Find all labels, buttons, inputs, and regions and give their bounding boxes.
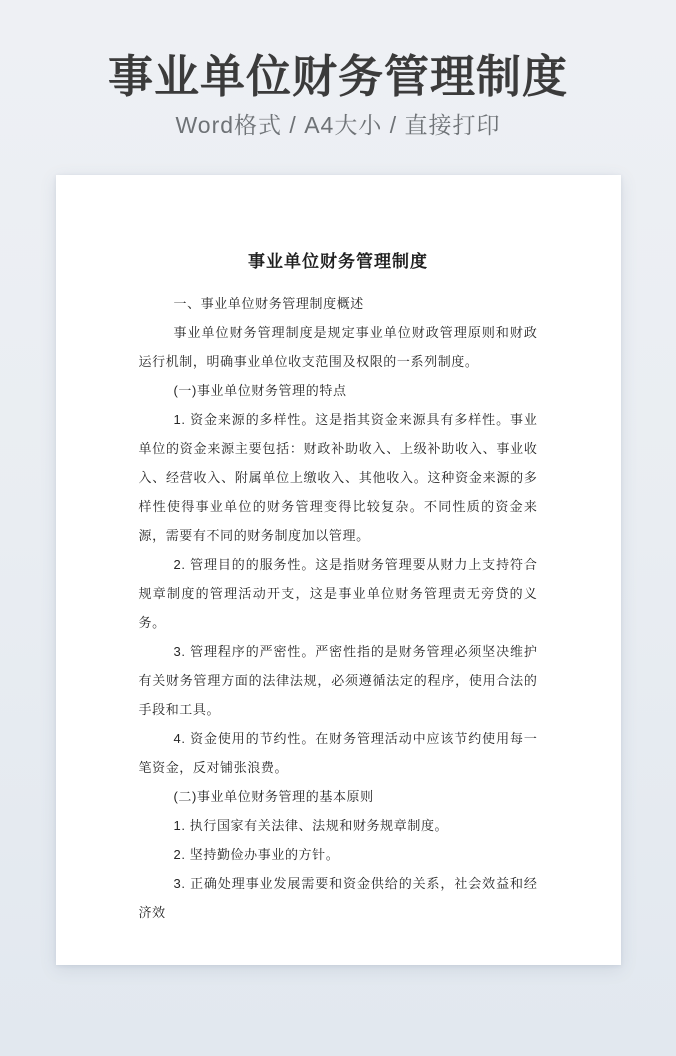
document-paragraph: (二)事业单位财务管理的基本原则 — [139, 782, 538, 811]
document-paragraph: 4. 资金使用的节约性。在财务管理活动中应该节约使用每一笔资金，反对铺张浪费。 — [139, 724, 538, 782]
document-paragraph: 2. 管理目的的服务性。这是指财务管理要从财力上支持符合规章制度的管理活动开支，… — [139, 550, 538, 637]
header-subtitle: Word格式 / A4大小 / 直接打印 — [0, 112, 676, 138]
document-paragraph: 2. 坚持勤俭办事业的方针。 — [139, 840, 538, 869]
template-header: 事业单位财务管理制度 Word格式 / A4大小 / 直接打印 — [0, 0, 676, 138]
document-title: 事业单位财务管理制度 — [139, 247, 538, 276]
document-paragraph: 3. 管理程序的严密性。严密性指的是财务管理必须坚决维护有关财务管理方面的法律法… — [139, 637, 538, 724]
document-paragraph: 1. 执行国家有关法律、法规和财务规章制度。 — [139, 811, 538, 840]
document-page: 事业单位财务管理制度 一、事业单位财务管理制度概述事业单位财务管理制度是规定事业… — [56, 175, 621, 965]
document-body: 一、事业单位财务管理制度概述事业单位财务管理制度是规定事业单位财政管理原则和财政… — [139, 289, 538, 927]
document-paragraph: (一)事业单位财务管理的特点 — [139, 376, 538, 405]
document-paragraph: 3. 正确处理事业发展需要和资金供给的关系，社会效益和经济效 — [139, 869, 538, 927]
document-paragraph: 事业单位财务管理制度是规定事业单位财政管理原则和财政运行机制，明确事业单位收支范… — [139, 318, 538, 376]
document-paragraph: 一、事业单位财务管理制度概述 — [139, 289, 538, 318]
header-title: 事业单位财务管理制度 — [0, 52, 676, 102]
document-paragraph: 1. 资金来源的多样性。这是指其资金来源具有多样性。事业单位的资金来源主要包括：… — [139, 405, 538, 550]
